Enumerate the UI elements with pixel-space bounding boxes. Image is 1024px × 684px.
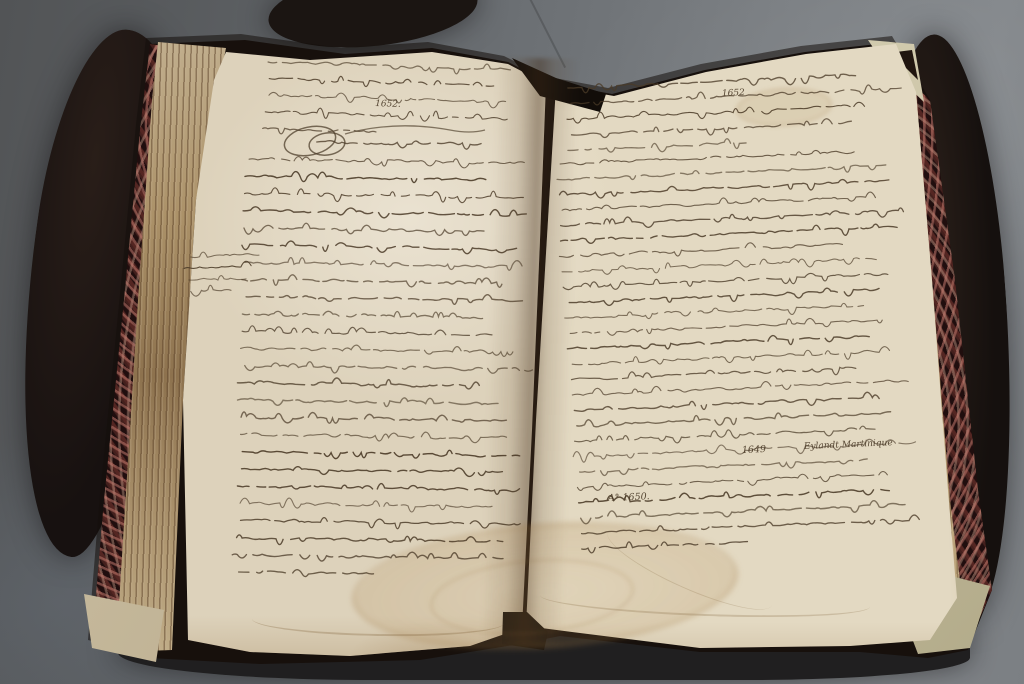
gutter-shadow <box>480 57 580 647</box>
photo-scene: 1652.16521649Eylandt MartiniqueA° 1650. <box>0 0 1024 684</box>
